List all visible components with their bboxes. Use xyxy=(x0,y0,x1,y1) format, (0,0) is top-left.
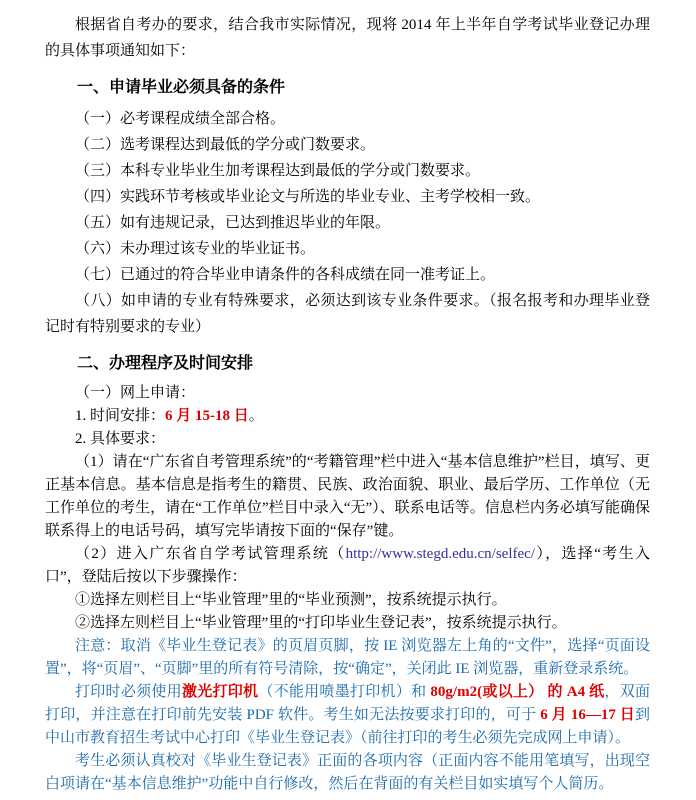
text-run: 80g/m2(或以上） 的 A4 纸 xyxy=(430,684,604,700)
text-run: 二、办理程序及时间安排 xyxy=(77,355,253,372)
text-run: 6 月 16—17 日 xyxy=(540,707,635,723)
text-run: （六）未办理过该专业的毕业证书。 xyxy=(75,241,315,257)
paragraph: ②选择左则栏目上“毕业管理”里的“打印毕业生登记表”，按系统提示执行。 xyxy=(45,612,650,635)
paragraph: （八）如申请的专业有特殊要求，必须达到该专业条件要求。（报名报考和办理毕业登记时… xyxy=(45,288,650,340)
text-run: 2. 具体要求： xyxy=(75,431,165,447)
text-run: （三）本科专业毕业生加考课程达到最低的学分或门数要求。 xyxy=(75,163,480,179)
text-run: （2）进入广东省自学考试管理系统（ xyxy=(75,546,346,562)
text-run: 6 月 15-18 日 xyxy=(165,408,249,424)
text-run: （1）请在“广东省自考管理系统”的“考籍管理”栏中进入“基本信息维护”栏目，填写… xyxy=(45,454,650,539)
paragraph: （五）如有违规记录，已达到推迟毕业的年限。 xyxy=(45,210,650,236)
text-run: ①选择左则栏目上“毕业管理”里的“毕业预测”，按系统提示执行。 xyxy=(75,592,507,608)
text-run: 1. 时间安排： xyxy=(75,408,165,424)
paragraph: 考生必须认真校对《毕业生登记表》正面的各项内容（正面内容不能用笔填写，出现空白项… xyxy=(45,750,650,796)
paragraph: 1. 时间安排：6 月 15-18 日。 xyxy=(45,405,650,428)
text-run: （一）网上申请： xyxy=(75,385,195,401)
paragraph: （三）本科专业毕业生加考课程达到最低的学分或门数要求。 xyxy=(45,158,650,184)
text-run: 打印时必须使用 xyxy=(75,684,182,700)
section-heading: 一、申请毕业必须具备的条件 xyxy=(45,76,650,100)
text-run: （四）实践环节考核或毕业论文与所选的毕业专业、主考学校相一致。 xyxy=(75,189,540,205)
section-heading: 二、办理程序及时间安排 xyxy=(45,352,650,376)
paragraph: 根据省自考办的要求，结合我市实际情况，现将 2014 年上半年自学考试毕业登记办… xyxy=(45,12,650,64)
text-run: 考生必须认真校对《毕业生登记表》正面的各项内容（正面内容不能用笔填写，出现空白项… xyxy=(45,753,650,792)
text-run: （一）必考课程成绩全部合格。 xyxy=(75,111,285,127)
paragraph: （2）进入广东省自学考试管理系统（http://www.stegd.edu.cn… xyxy=(45,543,650,589)
paragraph: （七）已通过的符合毕业申请条件的各科成绩在同一准考证上。 xyxy=(45,262,650,288)
paragraph: （一）必考课程成绩全部合格。 xyxy=(45,106,650,132)
paragraph: 打印时必须使用激光打印机（不能用喷墨打印机）和 80g/m2(或以上） 的 A4… xyxy=(45,681,650,750)
text-run: （二）选考课程达到最低的学分或门数要求。 xyxy=(75,137,375,153)
text-run: （七）已通过的符合毕业申请条件的各科成绩在同一准考证上。 xyxy=(75,267,495,283)
paragraph: （二）选考课程达到最低的学分或门数要求。 xyxy=(45,132,650,158)
paragraph: ①选择左则栏目上“毕业管理”里的“毕业预测”，按系统提示执行。 xyxy=(45,589,650,612)
text-run: 注意：取消《毕业生登记表》的页眉页脚，按 IE 浏览器左上角的“文件”，选择“页… xyxy=(45,638,650,677)
paragraph: （四）实践环节考核或毕业论文与所选的毕业专业、主考学校相一致。 xyxy=(45,184,650,210)
selfec-link[interactable]: http://www.stegd.edu.cn/selfec/ xyxy=(346,546,535,562)
paragraph: （1）请在“广东省自考管理系统”的“考籍管理”栏中进入“基本信息维护”栏目，填写… xyxy=(45,451,650,543)
text-run: （八）如申请的专业有特殊要求，必须达到该专业条件要求。（报名报考和办理毕业登记时… xyxy=(45,293,650,335)
text-run: 激光打印机 xyxy=(182,684,258,700)
document-body: 根据省自考办的要求，结合我市实际情况，现将 2014 年上半年自学考试毕业登记办… xyxy=(0,0,696,796)
text-run: 一、申请毕业必须具备的条件 xyxy=(77,79,285,96)
text-run: （五）如有违规记录，已达到推迟毕业的年限。 xyxy=(75,215,390,231)
text-run: 。 xyxy=(249,408,264,424)
text-run: （不能用喷墨打印机）和 xyxy=(258,684,430,700)
text-run: 根据省自考办的要求，结合我市实际情况，现将 2014 年上半年自学考试毕业登记办… xyxy=(45,17,650,59)
paragraph: 注意：取消《毕业生登记表》的页眉页脚，按 IE 浏览器左上角的“文件”，选择“页… xyxy=(45,635,650,681)
paragraph: 2. 具体要求： xyxy=(45,428,650,451)
paragraph: （六）未办理过该专业的毕业证书。 xyxy=(45,236,650,262)
text-run: ②选择左则栏目上“毕业管理”里的“打印毕业生登记表”，按系统提示执行。 xyxy=(75,615,567,631)
paragraph: （一）网上申请： xyxy=(45,382,650,405)
